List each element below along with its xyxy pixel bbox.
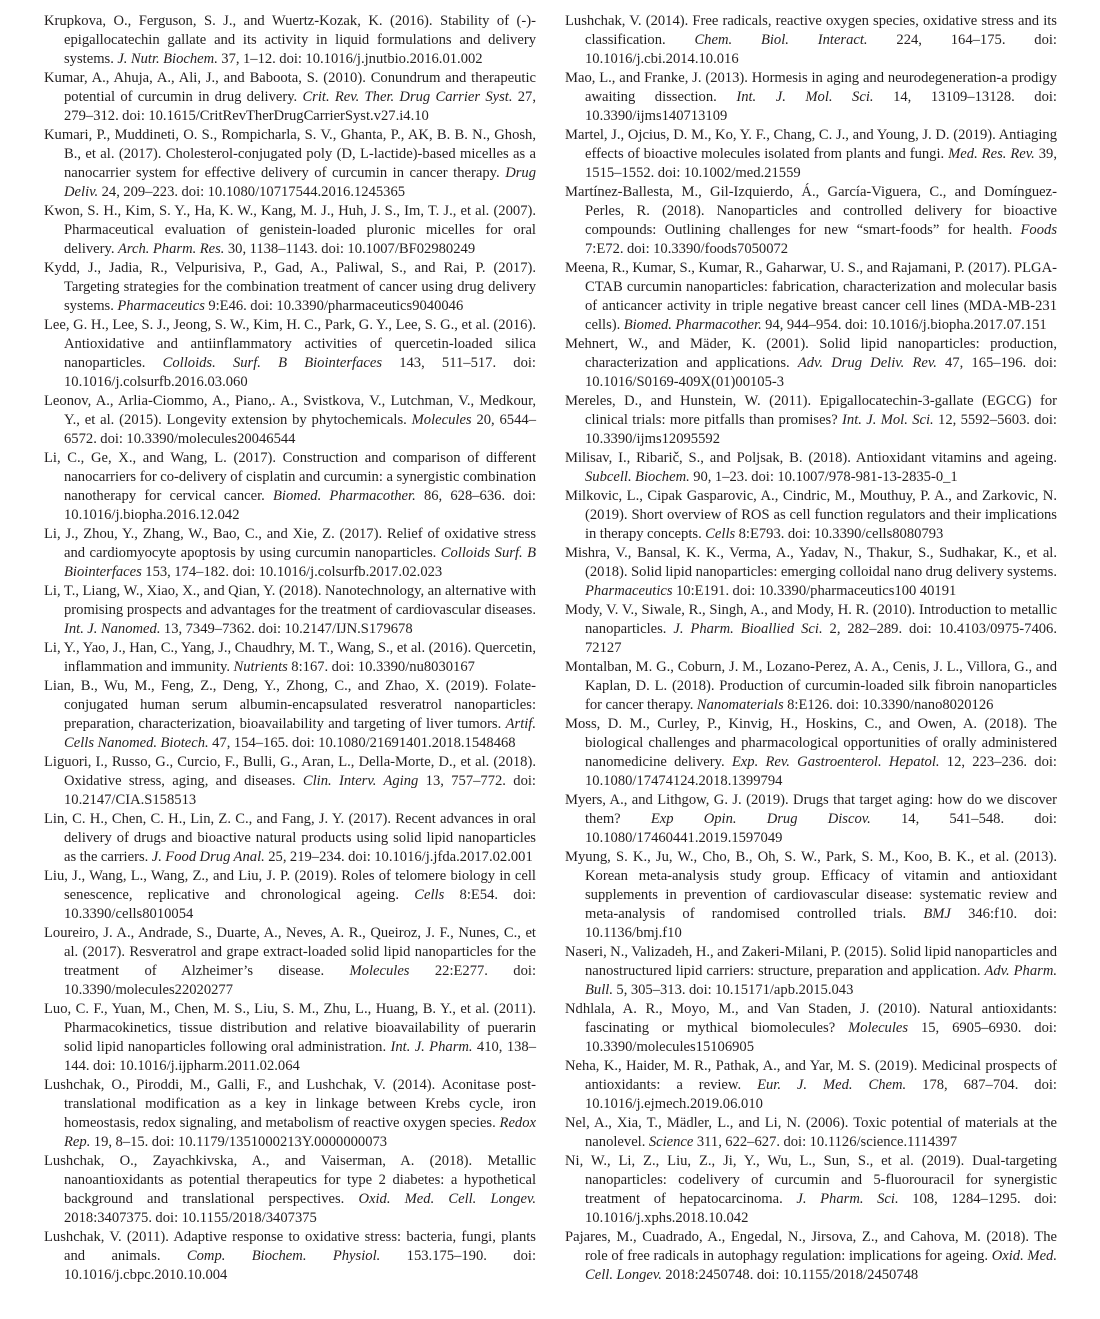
reference-entry: Mao, L., and Franke, J. (2013). Hormesis… — [565, 69, 1057, 126]
reference-entry: Nel, A., Xia, T., Mädler, L., and Li, N.… — [565, 1114, 1057, 1152]
reference-citation-text: Li, T., Liang, W., Xiao, X., and Qian, Y… — [44, 583, 536, 618]
reference-volume-doi: 25, 219–234. doi: 10.1016/j.jfda.2017.02… — [265, 849, 533, 865]
reference-entry: Neha, K., Haider, M. R., Pathak, A., and… — [565, 1057, 1057, 1114]
reference-entry: Lushchak, O., Piroddi, M., Galli, F., an… — [44, 1076, 536, 1152]
reference-journal: J. Pharm. Bioallied Sci. — [673, 621, 822, 637]
reference-volume-doi: 37, 1–12. doi: 10.1016/j.jnutbio.2016.01… — [218, 51, 483, 67]
reference-entry: Liu, J., Wang, L., Wang, Z., and Liu, J.… — [44, 867, 536, 924]
reference-volume-doi: 94, 944–954. doi: 10.1016/j.biopha.2017.… — [762, 317, 1047, 333]
reference-journal: Cells — [414, 887, 444, 903]
reference-journal: Int. J. Mol. Sci. — [736, 89, 873, 105]
reference-entry: Milisav, I., Ribarič, S., and Poljsak, B… — [565, 449, 1057, 487]
reference-entry: Milkovic, L., Cipak Gasparovic, A., Cind… — [565, 487, 1057, 544]
reference-volume-doi: 5, 305–313. doi: 10.15171/apb.2015.043 — [613, 982, 853, 998]
reference-volume-doi: 24, 209–223. doi: 10.1080/10717544.2016.… — [98, 184, 405, 200]
reference-volume-doi: 19, 8–15. doi: 10.1179/1351000213Y.00000… — [90, 1134, 387, 1150]
reference-entry: Li, J., Zhou, Y., Zhang, W., Bao, C., an… — [44, 525, 536, 582]
reference-entry: Meena, R., Kumar, S., Kumar, R., Gaharwa… — [565, 259, 1057, 335]
reference-citation-text: Pajares, M., Cuadrado, A., Engedal, N., … — [565, 1229, 1057, 1264]
reference-journal: Pharmaceutics — [117, 298, 205, 314]
reference-entry: Myung, S. K., Ju, W., Cho, B., Oh, S. W.… — [565, 848, 1057, 943]
reference-journal: J. Nutr. Biochem. — [117, 51, 218, 67]
reference-entry: Mishra, V., Bansal, K. K., Verma, A., Ya… — [565, 544, 1057, 601]
reference-entry: Lushchak, V. (2011). Adaptive response t… — [44, 1228, 536, 1285]
reference-journal: Biomed. Pharmacother. — [624, 317, 762, 333]
reference-journal: Int. J. Pharm. — [390, 1039, 472, 1055]
reference-journal: Biomed. Pharmacother. — [273, 488, 416, 504]
reference-entry: Myers, A., and Lithgow, G. J. (2019). Dr… — [565, 791, 1057, 848]
reference-citation-text: Milisav, I., Ribarič, S., and Poljsak, B… — [565, 450, 1057, 466]
reference-volume-doi: 8:167. doi: 10.3390/nu8030167 — [288, 659, 475, 675]
reference-journal: Molecules — [848, 1020, 908, 1036]
reference-entry: Moss, D. M., Curley, P., Kinvig, H., Hos… — [565, 715, 1057, 791]
reference-entry: Pajares, M., Cuadrado, A., Engedal, N., … — [565, 1228, 1057, 1285]
reference-journal: Med. Res. Rev. — [948, 146, 1035, 162]
reference-journal: J. Pharm. Sci. — [796, 1191, 898, 1207]
reference-journal: Clin. Interv. Aging — [303, 773, 418, 789]
reference-journal: Molecules — [350, 963, 410, 979]
reference-entry: Ni, W., Li, Z., Liu, Z., Ji, Y., Wu, L.,… — [565, 1152, 1057, 1228]
reference-entry: Li, C., Ge, X., and Wang, L. (2017). Con… — [44, 449, 536, 525]
reference-entry: Liguori, I., Russo, G., Curcio, F., Bull… — [44, 753, 536, 810]
reference-volume-doi: 9:E46. doi: 10.3390/pharmaceutics9040046 — [205, 298, 463, 314]
reference-entry: Mehnert, W., and Mäder, K. (2001). Solid… — [565, 335, 1057, 392]
reference-entry: Leonov, A., Arlia-Ciommo, A., Piano,. A.… — [44, 392, 536, 449]
reference-entry: Mody, V. V., Siwale, R., Singh, A., and … — [565, 601, 1057, 658]
reference-journal: Exp. Rev. Gastroenterol. Hepatol. — [732, 754, 940, 770]
reference-journal: Colloids. Surf. B Biointerfaces — [163, 355, 382, 371]
reference-journal: Int. J. Nanomed. — [64, 621, 160, 637]
reference-column-right: Lushchak, V. (2014). Free radicals, reac… — [565, 12, 1057, 1285]
reference-volume-doi: 311, 622–627. doi: 10.1126/science.11143… — [693, 1134, 957, 1150]
reference-journal: Eur. J. Med. Chem. — [757, 1077, 906, 1093]
reference-journal: Exp Opin. Drug Discov. — [651, 811, 871, 827]
reference-entry: Krupkova, O., Ferguson, S. J., and Wuert… — [44, 12, 536, 69]
reference-citation-text: Martínez-Ballesta, M., Gil-Izquierdo, Á.… — [565, 184, 1057, 238]
reference-journal: Crit. Rev. Ther. Drug Carrier Syst. — [302, 89, 512, 105]
reference-entry: Naseri, N., Valizadeh, H., and Zakeri-Mi… — [565, 943, 1057, 1000]
reference-entry: Kwon, S. H., Kim, S. Y., Ha, K. W., Kang… — [44, 202, 536, 259]
reference-volume-doi: 13, 7349–7362. doi: 10.2147/IJN.S179678 — [160, 621, 412, 637]
reference-entry: Lian, B., Wu, M., Feng, Z., Deng, Y., Zh… — [44, 677, 536, 753]
reference-entry: Luo, C. F., Yuan, M., Chen, M. S., Liu, … — [44, 1000, 536, 1076]
reference-journal: Arch. Pharm. Res. — [118, 241, 224, 257]
reference-journal: Oxid. Med. Cell. Longev. — [358, 1191, 536, 1207]
reference-volume-doi: 30, 1138–1143. doi: 10.1007/BF02980249 — [224, 241, 475, 257]
reference-journal: Nutrients — [234, 659, 288, 675]
reference-journal: Subcell. Biochem. — [585, 469, 690, 485]
reference-citation-text: Kumari, P., Muddineti, O. S., Rompicharl… — [44, 127, 536, 181]
reference-entry: Kydd, J., Jadia, R., Velpurisiva, P., Ga… — [44, 259, 536, 316]
reference-volume-doi: 10:E191. doi: 10.3390/pharmaceutics100 4… — [673, 583, 957, 599]
reference-citation-text: Mishra, V., Bansal, K. K., Verma, A., Ya… — [565, 545, 1057, 580]
reference-journal: BMJ — [923, 906, 951, 922]
reference-citation-text: Lushchak, O., Piroddi, M., Galli, F., an… — [44, 1077, 536, 1131]
reference-entry: Martel, J., Ojcius, D. M., Ko, Y. F., Ch… — [565, 126, 1057, 183]
reference-entry: Lushchak, O., Zayachkivska, A., and Vais… — [44, 1152, 536, 1228]
reference-volume-doi: 153, 174–182. doi: 10.1016/j.colsurfb.20… — [142, 564, 442, 580]
reference-journal: Chem. Biol. Interact. — [694, 32, 867, 48]
reference-journal: Pharmaceutics — [585, 583, 673, 599]
reference-journal: Nanomaterials — [697, 697, 784, 713]
reference-journal: J. Food Drug Anal. — [152, 849, 265, 865]
reference-entry: Lee, G. H., Lee, S. J., Jeong, S. W., Ki… — [44, 316, 536, 392]
reference-volume-doi: 47, 154–165. doi: 10.1080/21691401.2018.… — [209, 735, 516, 751]
reference-journal: Adv. Drug Deliv. Rev. — [798, 355, 937, 371]
reference-volume-doi: 2018:3407375. doi: 10.1155/2018/3407375 — [64, 1210, 317, 1226]
reference-journal: Foods — [1021, 222, 1057, 238]
reference-journal: Cells — [705, 526, 735, 542]
reference-volume-doi: 7:E72. doi: 10.3390/foods7050072 — [585, 241, 788, 257]
reference-entry: Martínez-Ballesta, M., Gil-Izquierdo, Á.… — [565, 183, 1057, 259]
reference-volume-doi: 90, 1–23. doi: 10.1007/978-981-13-2835-0… — [690, 469, 958, 485]
reference-journal: Molecules — [412, 412, 472, 428]
reference-entry: Kumar, A., Ahuja, A., Ali, J., and Baboo… — [44, 69, 536, 126]
reference-journal: Int. J. Mol. Sci. — [842, 412, 934, 428]
reference-volume-doi: 2018:2450748. doi: 10.1155/2018/2450748 — [662, 1267, 918, 1283]
reference-entry: Li, T., Liang, W., Xiao, X., and Qian, Y… — [44, 582, 536, 639]
reference-entry: Lushchak, V. (2014). Free radicals, reac… — [565, 12, 1057, 69]
reference-entry: Mereles, D., and Hunstein, W. (2011). Ep… — [565, 392, 1057, 449]
reference-volume-doi: 8:E126. doi: 10.3390/nano8020126 — [784, 697, 994, 713]
reference-list: Krupkova, O., Ferguson, S. J., and Wuert… — [44, 12, 1057, 1285]
reference-column-left: Krupkova, O., Ferguson, S. J., and Wuert… — [44, 12, 536, 1285]
reference-entry: Kumari, P., Muddineti, O. S., Rompicharl… — [44, 126, 536, 202]
reference-entry: Ndhlala, A. R., Moyo, M., and Van Staden… — [565, 1000, 1057, 1057]
reference-journal: Comp. Biochem. Physiol. — [187, 1248, 380, 1264]
reference-volume-doi: 8:E793. doi: 10.3390/cells8080793 — [735, 526, 943, 542]
reference-entry: Lin, C. H., Chen, C. H., Lin, Z. C., and… — [44, 810, 536, 867]
reference-journal: Science — [649, 1134, 694, 1150]
reference-entry: Loureiro, J. A., Andrade, S., Duarte, A.… — [44, 924, 536, 1000]
reference-entry: Li, Y., Yao, J., Han, C., Yang, J., Chau… — [44, 639, 536, 677]
reference-citation-text: Lian, B., Wu, M., Feng, Z., Deng, Y., Zh… — [44, 678, 536, 732]
reference-entry: Montalban, M. G., Coburn, J. M., Lozano-… — [565, 658, 1057, 715]
